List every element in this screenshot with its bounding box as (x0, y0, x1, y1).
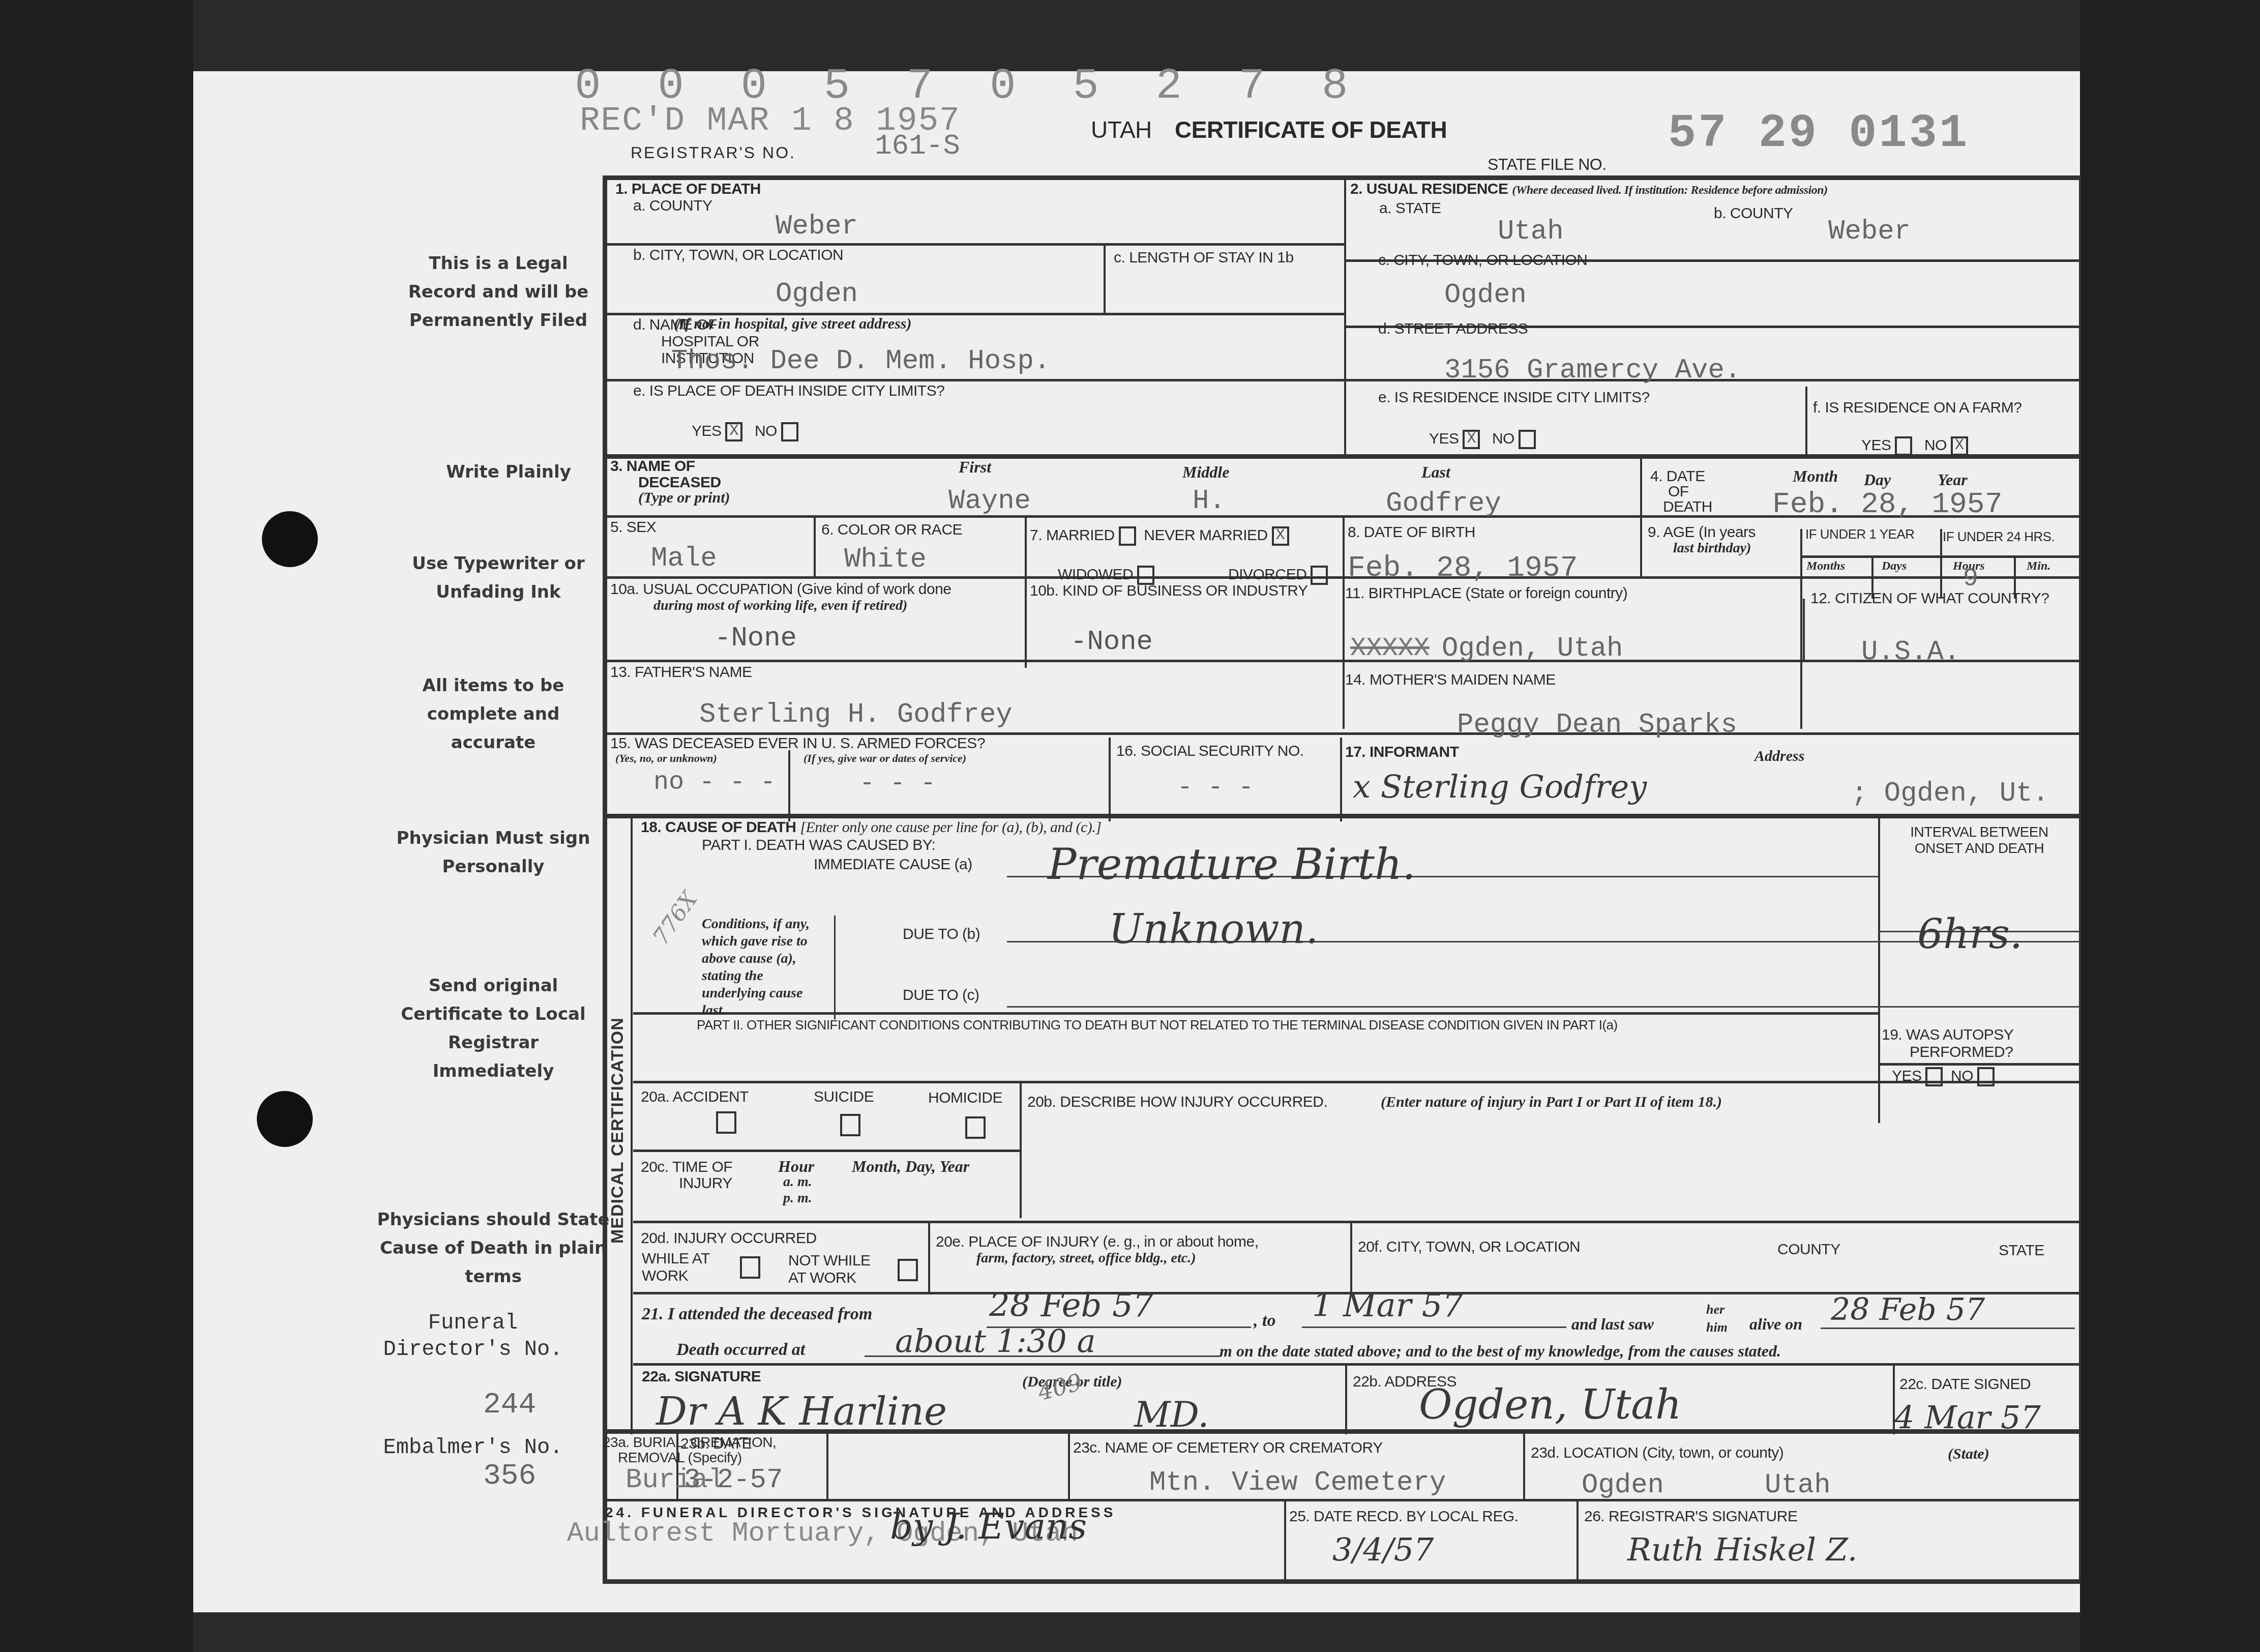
rule (633, 1149, 1020, 1152)
residence-inside-limits-no-checkbox[interactable] (1519, 430, 1536, 449)
her-label: her (1706, 1302, 1724, 1317)
accident-num: 20a. (641, 1088, 669, 1105)
physician-signature: Dr A K Harline (656, 1389, 947, 1434)
not-while-at-work-checkbox[interactable] (898, 1259, 918, 1281)
rule (1007, 1006, 2080, 1008)
physician-address-value: Ogden, Utah (1419, 1381, 1682, 1428)
margin-note-legal: This is a Legal Record and will be Perma… (397, 249, 600, 335)
marital-status-group: 7. MARRIED NEVER MARRIED X (1030, 526, 1289, 546)
ssn-label: 16. SOCIAL SECURITY NO. (1116, 743, 1304, 760)
residence-state-value: Utah (1498, 216, 1564, 247)
rule (1350, 1221, 1352, 1292)
cemetery-label: 23c. NAME OF CEMETERY OR CREMATORY (1073, 1439, 1383, 1457)
embalmer-no: 356 (483, 1460, 536, 1493)
homicide-label: HOMICIDE (928, 1089, 1002, 1107)
rule (1940, 529, 1942, 599)
rule (1821, 1327, 2075, 1329)
age-label-2: last birthday) (1673, 540, 1751, 556)
burial-location-state: Utah (1765, 1470, 1831, 1501)
business-label: 10b. KIND OF BUSINESS OR INDUSTRY (1030, 582, 1307, 600)
informant-address-label: Address (1755, 748, 1804, 765)
while-at-work-1: WHILE AT (642, 1250, 710, 1267)
farm-options: YES NO X (1861, 436, 1968, 456)
death-city-label: b. CITY, TOWN, OR LOCATION (633, 247, 843, 264)
date-signed-label: 22c. DATE SIGNED (1899, 1376, 2031, 1393)
scan-background-left (0, 0, 193, 1652)
not-while-at-work-label: NOT WHILEAT WORK (788, 1252, 871, 1287)
immediate-cause-label: IMMEDIATE CAUSE (a) (814, 856, 972, 873)
rule (1345, 1363, 1347, 1434)
date-of-death-label-1: 4. DATE (1650, 468, 1705, 485)
rule (1805, 387, 1807, 458)
no-label: NO (1951, 1068, 1973, 1084)
rule (603, 576, 2080, 579)
residence-county-value: Weber (1828, 216, 1911, 247)
citizen-value: U.S.A. (1861, 637, 1960, 668)
rule (1302, 1326, 1566, 1328)
registrars-no-label: REGISTRAR'S NO. (631, 143, 796, 162)
form-right-border (2079, 175, 2081, 1582)
rule (1340, 737, 1342, 821)
rule (631, 814, 633, 1434)
death-city-value: Ogden (776, 279, 858, 310)
form-top-border (603, 175, 2080, 180)
place-of-injury-label-2: farm, factory, street, office bldg., etc… (976, 1250, 1196, 1266)
margin-note-complete: All items to be complete and accurate (392, 671, 595, 757)
state-file-label: STATE FILE NO. (1488, 155, 1607, 174)
no-label: NO (1492, 430, 1514, 447)
funeral-director-signature: by J. Evans (890, 1506, 1087, 1547)
armed-forces-sub1: (Yes, no, or unknown) (615, 752, 717, 765)
him-label: him (1706, 1320, 1728, 1335)
rule (1109, 737, 1111, 821)
farm-no-checkbox[interactable]: X (1951, 436, 1968, 456)
margin-note-physician-sign: Physician Must sign Personally (392, 824, 595, 881)
mother-name-value: Peggy Dean Sparks (1457, 710, 1737, 741)
day-label: Day (1864, 470, 1891, 489)
signature-label: 22a. SIGNATURE (642, 1368, 761, 1385)
degree-value: MD. (1134, 1394, 1209, 1435)
birthplace-struck-text: XXXXX (1350, 633, 1430, 663)
residence-county-label: b. COUNTY (1714, 205, 1793, 222)
to-label: , to (1254, 1311, 1275, 1331)
death-inside-limits-yes-checkbox[interactable]: X (725, 422, 742, 441)
rule (826, 1429, 828, 1500)
armed-forces-label: 15. WAS DECEASED EVER IN U. S. ARMED FOR… (610, 735, 985, 752)
rule (603, 660, 2080, 662)
due-to-b-label: DUE TO (b) (903, 926, 980, 943)
time-of-injury-label-2: INJURY (679, 1175, 732, 1192)
punch-hole-bottom (257, 1091, 313, 1147)
death-at-label: Death occurred at (676, 1340, 805, 1360)
rule (603, 454, 2080, 459)
last-name-value: Godfrey (1386, 488, 1501, 519)
registrar-signature: Ruth Hiskel Z. (1627, 1531, 1857, 1568)
rule (603, 814, 2080, 818)
attended-to-value: 1 Mar 57 (1312, 1287, 1463, 1324)
funeral-director-no-label: Funeral Director's No. (366, 1310, 580, 1363)
informant-signature: x Sterling Godfrey (1353, 768, 1647, 805)
funeral-director-no: 244 (483, 1389, 536, 1422)
death-county-value: Weber (776, 211, 858, 242)
rule (1068, 1429, 1070, 1500)
rule (633, 1363, 2080, 1366)
usual-residence-header: 2. USUAL RESIDENCE (Where deceased lived… (1350, 181, 1828, 198)
married-label: MARRIED (1046, 527, 1115, 544)
months-label: Months (1806, 559, 1845, 573)
race-label: 6. COLOR OR RACE (821, 521, 962, 539)
due-to-c-label: DUE TO (c) (903, 987, 979, 1004)
cause-of-death-note: [Enter only one cause per line for (a), … (800, 819, 1101, 836)
date-of-death-label-3: DEATH (1663, 498, 1712, 516)
conditions-note: Conditions, if any, which gave rise to a… (702, 916, 836, 1019)
embalmer-no-label: Embalmer's No. (366, 1434, 580, 1461)
usual-residence-note: (Where deceased lived. If institution: R… (1512, 184, 1827, 197)
no-label: NO (1924, 437, 1947, 454)
residence-inside-limits-label: e. IS RESIDENCE INSIDE CITY LIMITS? (1378, 389, 1650, 406)
attended-label: 21. I attended the deceased from (642, 1305, 872, 1324)
first-name-value: Wayne (948, 486, 1031, 517)
name-of-deceased-label-2: DECEASED (638, 474, 721, 491)
attended-from-value: 28 Feb 57 (989, 1287, 1153, 1324)
state-file-no: 57 29 0131 (1668, 107, 1969, 160)
last-name-label: Last (1421, 463, 1450, 482)
burial-date-label: 23b. DATE (680, 1435, 752, 1453)
rule (1803, 599, 1805, 660)
street-address-label: d. STREET ADDRESS (1378, 320, 1528, 338)
occupation-label-2: during most of working life, even if ret… (653, 598, 907, 614)
informant-address-value: ; Ogden, Ut. (1851, 778, 2049, 809)
married-checkbox[interactable] (1119, 526, 1136, 546)
residence-city-value: Ogden (1444, 280, 1527, 311)
injury-state-label: STATE (1999, 1242, 2044, 1259)
death-at-suffix: m on the date stated above; and to the b… (1220, 1342, 1781, 1361)
margin-note-write-plainly: Write Plainly (407, 458, 610, 486)
street-address-value: 3156 Gramercy Ave. (1444, 355, 1741, 386)
rule (788, 750, 790, 821)
under-24-hrs-label: IF UNDER 24 HRS. (1943, 529, 2055, 545)
part1-label: PART I. DEATH WAS CAUSED BY: (702, 837, 935, 854)
date-recd-value: 3/4/57 (1332, 1531, 1434, 1568)
due-to-b-value: Unknown. (1109, 905, 1319, 953)
death-inside-limits-options: YES X NO (692, 422, 798, 441)
farm-label: f. IS RESIDENCE ON A FARM? (1813, 399, 2021, 417)
suicide-checkbox[interactable] (840, 1114, 860, 1136)
birthplace-label: 11. BIRTHPLACE (State or foreign country… (1345, 585, 1627, 602)
middle-name-value: H. (1193, 486, 1226, 517)
interval-label: INTERVAL BETWEEN ONSET AND DEATH (1888, 824, 2071, 857)
father-name-value: Sterling H. Godfrey (699, 699, 1013, 730)
date-of-death-label-2: OF (1668, 483, 1689, 500)
punch-hole-top (262, 511, 318, 567)
interval-value: 6hrs. (1917, 910, 2023, 958)
father-name-label: 13. FATHER'S NAME (610, 664, 752, 681)
rule (865, 1355, 1221, 1357)
rule (1025, 515, 1027, 668)
middle-name-label: Middle (1182, 463, 1229, 482)
rule (1878, 1063, 2080, 1066)
dob-value: Feb. 28, 1957 (1348, 552, 1578, 585)
residence-state-label: a. STATE (1379, 200, 1441, 217)
armed-forces-value: no - - - (653, 768, 776, 797)
rule (603, 379, 2080, 381)
margin-note-send-original: Send original Certificate to Local Regis… (392, 971, 595, 1085)
year-label: Year (1938, 470, 1968, 489)
not-while-1: NOT WHILE (788, 1252, 871, 1269)
rule (1800, 529, 1802, 729)
date-signed-value: 4 Mar 57 (1894, 1399, 2041, 1436)
accident-checkbox[interactable] (716, 1111, 736, 1134)
name-of-deceased-label-1: 3. NAME OF (610, 458, 695, 475)
pm-label: p. m. (783, 1190, 812, 1206)
form-left-border (603, 175, 607, 1582)
min-label: Min. (2027, 559, 2050, 573)
cause-of-death-label: 18. CAUSE OF DEATH (641, 819, 796, 836)
yes-label: YES (692, 423, 722, 439)
occupation-label-1: 10a. USUAL OCCUPATION (Give kind of work… (610, 581, 951, 598)
place-of-death-label: 1. PLACE OF DEATH (615, 181, 761, 198)
burial-location-label: 23d. LOCATION (City, town, or county) (1531, 1444, 1783, 1462)
margin-note-cause-plain: Physicians should State Cause of Death i… (376, 1205, 610, 1291)
birthplace-value: Ogden, Utah (1442, 633, 1623, 664)
part2-label: PART II. OTHER SIGNIFICANT CONDITIONS CO… (697, 1017, 1618, 1033)
yes-label: YES (1861, 437, 1891, 454)
accident-label: ACCIDENT (673, 1088, 749, 1105)
never-married-label: NEVER MARRIED (1144, 527, 1268, 544)
under-1-year-label: IF UNDER 1 YEAR (1805, 526, 1915, 542)
days-label: Days (1882, 559, 1907, 573)
autopsy-label-1: 19. WAS AUTOPSY (1882, 1026, 2013, 1044)
dob-label: 8. DATE OF BIRTH (1348, 524, 1475, 541)
injury-county-label: COUNTY (1777, 1241, 1840, 1258)
first-name-label: First (959, 458, 991, 477)
hour-label: Hour (778, 1157, 814, 1176)
armed-forces-sub2: (If yes, give war or dates of service) (804, 752, 966, 765)
date-of-death-value: Feb. 28, 1957 (1772, 488, 2002, 521)
marital-num: 7. (1030, 527, 1042, 544)
residence-inside-limits-options: YES X NO (1429, 430, 1536, 449)
occupation-value: -None (715, 623, 797, 654)
rule (603, 1579, 2080, 1584)
yes-label: YES (1892, 1068, 1922, 1084)
immediate-cause-value: Premature Birth. (1048, 839, 1416, 889)
farm-yes-checkbox[interactable] (1895, 436, 1912, 456)
registrar-signature-label: 26. REGISTRAR'S SIGNATURE (1584, 1508, 1797, 1525)
margin-note-typewriter: Use Typewriter or Unfading Ink (397, 549, 600, 606)
divorced-label: DIVORCED (1228, 566, 1306, 583)
page-title: CERTIFICATE OF DEATH (1175, 116, 1447, 143)
title-state: UTAH (1091, 116, 1152, 143)
rule (1343, 515, 1345, 729)
rule (814, 515, 816, 576)
sex-label: 5. SEX (610, 519, 656, 536)
last-saw-label: and last saw (1571, 1315, 1654, 1334)
autopsy-label-2: PERFORMED? (1910, 1044, 2013, 1061)
sex-value: Male (651, 543, 717, 574)
death-inside-limits-no-checkbox[interactable] (781, 422, 798, 441)
residence-inside-limits-yes-checkbox[interactable]: X (1463, 430, 1480, 449)
injury-city-label: 20f. CITY, TOWN, OR LOCATION (1358, 1238, 1580, 1256)
business-value: -None (1070, 627, 1153, 658)
rule (1020, 1081, 1022, 1218)
date-recd-label: 25. DATE RECD. BY LOCAL REG. (1289, 1508, 1519, 1525)
autopsy-options: YES NO (1892, 1067, 1995, 1086)
rule (1878, 818, 1880, 1123)
last-saw-value: 28 Feb 57 (1831, 1292, 1985, 1327)
hospital-note: (If not in hospital, give street address… (674, 315, 912, 333)
cemetery-value: Mtn. View Cemetery (1149, 1467, 1446, 1498)
injury-description-note: (Enter nature of injury in Part I or Par… (1381, 1094, 1722, 1111)
while-at-work-checkbox[interactable] (740, 1256, 760, 1279)
time-of-injury-label-1: 20c. TIME OF (641, 1159, 732, 1176)
burial-date-value: 3-2-57 (684, 1465, 783, 1496)
homicide-checkbox[interactable] (965, 1116, 986, 1139)
place-of-injury-label: 20e. PLACE OF INJURY (e. g., in or about… (936, 1233, 1259, 1251)
while-at-work-label: WHILE ATWORK (642, 1250, 710, 1285)
rule (633, 1221, 2080, 1223)
death-county-label: a. COUNTY (633, 197, 712, 215)
rule (603, 243, 1345, 246)
autopsy-no-checkbox[interactable] (1977, 1067, 1995, 1086)
divorced-checkbox[interactable] (1311, 566, 1328, 585)
rule (1104, 243, 1106, 314)
scan-background-right (2080, 0, 2260, 1652)
rule (1577, 1499, 1579, 1583)
registrars-no: 161-S (875, 130, 960, 162)
citizen-label: 12. CITIZEN OF WHAT COUNTRY? (1810, 590, 2049, 607)
manner-of-death-row: 20a. ACCIDENT (641, 1088, 749, 1106)
death-time-value: about 1:30 a (895, 1322, 1095, 1360)
not-while-2: AT WORK (788, 1270, 856, 1286)
age-label-1: 9. AGE (In years (1648, 524, 1756, 541)
widowed-label: WIDOWED (1058, 566, 1133, 583)
mdy-label: Month, Day, Year (852, 1157, 969, 1176)
no-label: NO (755, 423, 777, 439)
hospital-value: Thos. Dee D. Mem. Hosp. (671, 346, 1050, 377)
death-inside-limits-label: e. IS PLACE OF DEATH INSIDE CITY LIMITS? (633, 382, 944, 400)
month-label: Month (1793, 467, 1838, 486)
never-married-checkbox[interactable]: X (1272, 526, 1289, 546)
cause-of-death-header: 18. CAUSE OF DEATH [Enter only one cause… (641, 819, 1101, 836)
usual-residence-label: 2. USUAL RESIDENCE (1350, 181, 1508, 197)
rule (633, 1081, 2080, 1083)
rule (603, 1499, 2080, 1501)
burial-state-label: (State) (1948, 1445, 1989, 1463)
name-of-deceased-label-3: (Type or print) (638, 489, 730, 507)
length-of-stay-label: c. LENGTH OF STAY IN 1b (1114, 249, 1294, 267)
divider-sections-1-2 (1344, 175, 1346, 455)
alive-on-label: alive on (1749, 1315, 1802, 1334)
residence-city-label: c. CITY, TOWN, OR LOCATION (1378, 252, 1588, 269)
rule (928, 1221, 930, 1292)
yes-label: YES (1429, 430, 1459, 447)
rule (1284, 1499, 1286, 1583)
ssn-value: - - - (1177, 773, 1254, 802)
informant-label: 17. INFORMANT (1345, 744, 1459, 761)
while-at-work-2: WORK (642, 1267, 688, 1284)
am-label: a. m. (783, 1174, 812, 1190)
age-hours-value: 9 (1963, 565, 1978, 594)
race-value: White (844, 544, 927, 575)
burial-location-city: Ogden (1582, 1470, 1664, 1501)
autopsy-yes-checkbox[interactable] (1925, 1067, 1943, 1086)
medical-certification-side-label: MEDICAL CERTIFICATION (608, 1017, 628, 1244)
injury-description-label: 20b. DESCRIBE HOW INJURY OCCURRED. (1027, 1094, 1327, 1111)
rule (1523, 1429, 1525, 1500)
suicide-label: SUICIDE (814, 1088, 874, 1106)
armed-forces-dates-value: - - - (859, 769, 936, 798)
injury-occurred-label: 20d. INJURY OCCURRED (641, 1230, 817, 1247)
mother-name-label: 14. MOTHER'S MAIDEN NAME (1345, 671, 1556, 689)
